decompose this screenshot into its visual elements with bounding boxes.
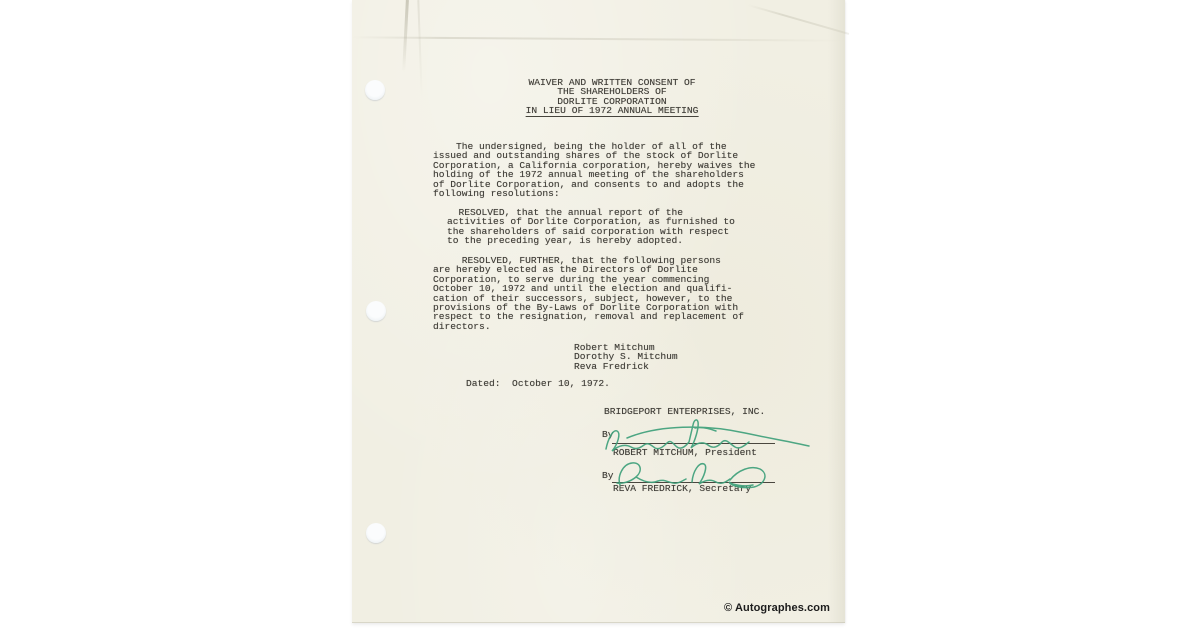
autographes-watermark: © Autographes.com (705, 602, 830, 614)
paper-crease (402, 0, 409, 72)
paragraph-resolved-directors: RESOLVED, FURTHER, that the following pe… (433, 256, 744, 331)
document-title-underlined-line: IN LIEU OF 1972 ANNUAL MEETING (526, 106, 699, 117)
punch-hole-bottom (366, 523, 386, 543)
robert-mitchum-signature (600, 414, 815, 456)
paragraph-intro: The undersigned, being the holder of all… (433, 142, 755, 198)
document-title-lines: WAIVER AND WRITTEN CONSENT OF THE SHAREH… (529, 77, 696, 107)
punch-hole-top (365, 80, 385, 100)
reva-fredrick-signature (612, 456, 777, 496)
punch-hole-middle (366, 301, 386, 321)
document-title: WAIVER AND WRITTEN CONSENT OF THE SHAREH… (526, 78, 699, 117)
dated-line: Dated: October 10, 1972. (466, 379, 610, 388)
scanned-document-view: WAIVER AND WRITTEN CONSENT OF THE SHAREH… (0, 0, 1204, 630)
directors-name-list: Robert Mitchum Dorothy S. Mitchum Reva F… (574, 343, 678, 371)
paragraph-resolved-annual-report: RESOLVED, that the annual report of the … (447, 208, 735, 246)
